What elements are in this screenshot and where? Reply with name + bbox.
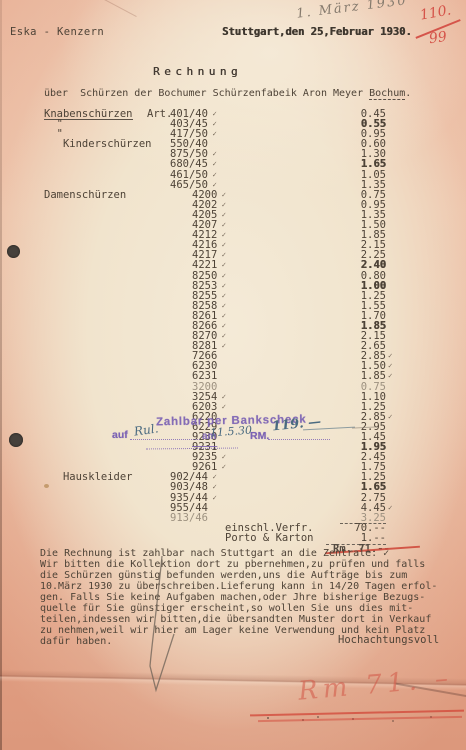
body-text-line: 10.März 1930 zu überschreiben.Lieferung … xyxy=(40,581,452,592)
check-mark: ✓ xyxy=(222,291,227,301)
article-number: 680/45 xyxy=(170,159,208,169)
total-label: Porto & Karton xyxy=(225,532,314,544)
table-row: 8281✓2.65 xyxy=(0,341,466,351)
total-row: einschl.Verfr.70.-- xyxy=(0,522,466,532)
totals-block: einschl.Verfr.70.--Porto & Karton1.-- xyxy=(0,522,466,543)
check-mark: ✓ xyxy=(212,482,217,492)
check-mark: ✓ xyxy=(212,170,217,180)
check-mark: ✓ xyxy=(222,392,227,402)
table-row: 9235✓2.45 xyxy=(0,452,466,462)
signoff: Hochachtungsvoll xyxy=(338,634,439,646)
body-text-line: teilen,indessen wir bitten,die übersandt… xyxy=(40,614,452,625)
check-mark: ✓ xyxy=(212,109,217,119)
red-underline-2 xyxy=(258,716,462,722)
check-mark: ✓ xyxy=(212,472,217,482)
table-row: 8270✓2.15 xyxy=(0,331,466,341)
check-mark: ✓ xyxy=(212,119,217,129)
scanned-invoice-page: Eska - Kenzern Stuttgart,den 25,Februar … xyxy=(0,0,466,750)
table-row: "403/45✓0.55 xyxy=(0,119,466,129)
article-number: 8250 xyxy=(192,271,217,281)
table-row: KnabenschürzenArt.401/40✓0.45 xyxy=(0,109,466,119)
check-mark: ✓ xyxy=(222,210,227,220)
body-text-line: die Schürzen günstig befunden werden,uns… xyxy=(40,570,452,581)
check-mark: ✓ xyxy=(222,402,227,412)
price-check-mark: ✓ xyxy=(388,412,393,422)
check-mark: ✓ xyxy=(222,462,227,472)
price: 0.80 xyxy=(340,271,386,281)
table-row: 4207✓1.50 xyxy=(0,220,466,230)
stamp-auf-label: auf xyxy=(112,429,128,441)
table-row: 8250✓0.80 xyxy=(0,271,466,281)
group-label: Damenschürzen xyxy=(44,190,126,200)
table-row: 4221✓2.40 xyxy=(0,260,466,270)
art-prefix: Art. xyxy=(147,109,172,119)
table-row: 8266✓1.85 xyxy=(0,321,466,331)
table-row: 4217✓2.25 xyxy=(0,250,466,260)
document-title: Rechnung xyxy=(153,65,242,78)
table-row: 62311.85✓ xyxy=(0,371,466,381)
check-mark: ✓ xyxy=(212,159,217,169)
pencil-check-mark xyxy=(130,548,190,698)
table-row: 8258✓1.55 xyxy=(0,301,466,311)
check-mark: ✓ xyxy=(212,129,217,139)
body-text: Die Rechnung ist zahlbar nach Stuttgart … xyxy=(40,548,452,647)
handwritten-red-total: Rm 71. – xyxy=(297,663,454,706)
table-row: 6203✓1.25 xyxy=(0,402,466,412)
stamp-dotted-line-2 xyxy=(268,438,330,440)
table-row: Kinderschürzen550/400.60 xyxy=(0,139,466,149)
check-mark: ✓ xyxy=(222,341,227,351)
total-row: Porto & Karton1.-- xyxy=(0,532,466,542)
table-row: 680/45✓1.65 xyxy=(0,159,466,169)
check-mark: ✓ xyxy=(212,493,217,503)
article-number: 6231 xyxy=(192,371,217,381)
table-row: 875/50✓1.30 xyxy=(0,149,466,159)
body-text-line: Wir bitten die Kollektion dort zu pberne… xyxy=(40,559,452,570)
table-row: 32000.75 xyxy=(0,382,466,392)
subtitle-period: . xyxy=(405,88,411,99)
check-mark: ✓ xyxy=(222,200,227,210)
body-text-line: Die Rechnung ist zahlbar nach Stuttgart … xyxy=(40,548,452,559)
price: 1.65 xyxy=(340,159,386,169)
article-number: 4221 xyxy=(192,260,217,270)
table-row: 4216✓2.15 xyxy=(0,240,466,250)
table-row: 3254✓1.10 xyxy=(0,392,466,402)
price: 2.40 xyxy=(340,260,386,270)
subtitle-underlined-word: Bochum xyxy=(369,88,405,100)
stamp-rm-label: RM. xyxy=(250,430,269,442)
table-row: Damenschürzen4200✓0.75 xyxy=(0,190,466,200)
price: 1.85 xyxy=(340,371,386,381)
body-text-line: gen. Falls Sie keine Aufgaben machen,ode… xyxy=(40,592,452,603)
group-label: Kinderschürzen xyxy=(44,139,151,149)
check-mark: ✓ xyxy=(222,220,227,230)
stamp-dotted-line-1 xyxy=(130,438,200,440)
top-left-crease xyxy=(83,0,136,17)
check-mark: ✓ xyxy=(222,331,227,341)
check-mark: ✓ xyxy=(212,149,217,159)
table-row: 4202✓0.95 xyxy=(0,200,466,210)
price: 1.65 xyxy=(340,482,386,492)
price-check-mark: ✓ xyxy=(388,503,393,513)
group-label: Hauskleider xyxy=(44,472,133,482)
table-row: 4205✓1.35 xyxy=(0,210,466,220)
table-row: 62301.50✓ xyxy=(0,361,466,371)
subtitle-text: über Schürzen der Bochumer Schürzenfabei… xyxy=(44,88,369,99)
paper-specks xyxy=(267,717,269,719)
file-ref-numerator: 110. xyxy=(419,2,452,23)
sender-name: Eska - Kenzern xyxy=(10,26,104,38)
check-mark: ✓ xyxy=(222,321,227,331)
table-row: 72662.85✓ xyxy=(0,351,466,361)
table-row: 955/444.45✓ xyxy=(0,503,466,513)
table-row: 903/48✓1.65 xyxy=(0,482,466,492)
check-mark: ✓ xyxy=(222,250,227,260)
check-mark: ✓ xyxy=(222,311,227,321)
check-mark: ✓ xyxy=(222,281,227,291)
table-row: 8253✓1.00 xyxy=(0,281,466,291)
price-check-mark: ✓ xyxy=(388,371,393,381)
table-row: 461/50✓1.05 xyxy=(0,170,466,180)
check-mark: ✓ xyxy=(222,452,227,462)
line-items: KnabenschürzenArt.401/40✓0.45 "403/45✓0.… xyxy=(0,109,466,523)
table-row: 8261✓1.70 xyxy=(0,311,466,321)
file-ref-denominator: 99 xyxy=(428,29,448,47)
document-subtitle: über Schürzen der Bochumer Schürzenfabei… xyxy=(44,88,411,99)
price-check-mark: ✓ xyxy=(388,351,393,361)
check-mark: ✓ xyxy=(222,271,227,281)
check-mark: ✓ xyxy=(222,260,227,270)
table-row: 935/44✓2.75 xyxy=(0,493,466,503)
check-mark: ✓ xyxy=(222,190,227,200)
table-row: 4212✓1.85 xyxy=(0,230,466,240)
body-text-line: quelle für Sie günstiger erscheint,so wo… xyxy=(40,603,452,614)
price-check-mark: ✓ xyxy=(388,361,393,371)
red-underline-1 xyxy=(250,710,464,717)
check-mark: ✓ xyxy=(222,240,227,250)
date-line: Stuttgart,den 25,Februar 1930. xyxy=(222,26,412,38)
article-number: 903/48 xyxy=(170,482,208,492)
handwritten-date: 1. März 1930 xyxy=(296,0,409,22)
check-mark: ✓ xyxy=(222,230,227,240)
table-row: 8255✓1.25 xyxy=(0,291,466,301)
check-mark: ✓ xyxy=(222,301,227,311)
table-row: Hauskleider902/44✓1.25 xyxy=(0,472,466,482)
